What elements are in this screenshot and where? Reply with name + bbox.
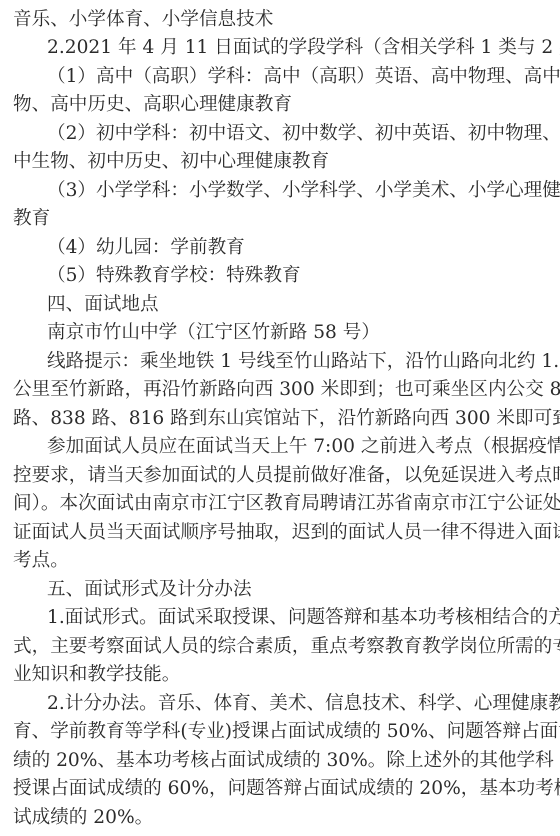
text-line: 南京市竹山中学（江宁区竹新路 58 号）: [47, 319, 538, 347]
text-line: 音乐、小学体育、小学信息技术: [13, 6, 538, 34]
section-heading: 四、面试地点: [47, 291, 538, 319]
text-line: 育、学前教育等学科(专业)授课占面试成绩的 50%、问题答辩占面试成: [13, 718, 538, 746]
text-line: （2）初中学科：初中语文、初中数学、初中英语、初中物理、初: [47, 120, 538, 148]
text-line: 1.面试形式。面试采取授课、问题答辩和基本功考核相结合的方: [47, 604, 538, 632]
section-heading: 五、面试形式及计分办法: [47, 576, 538, 604]
text-line: （3）小学学科：小学数学、小学科学、小学美术、小学心理健康: [47, 177, 538, 205]
text-line: （4）幼儿园：学前教育: [47, 234, 538, 262]
text-line: 教育: [13, 205, 538, 233]
text-line: 考点。: [13, 547, 538, 575]
text-line: 中生物、初中历史、初中心理健康教育: [13, 148, 538, 176]
text-line: （5）特殊教育学校：特殊教育: [47, 262, 538, 290]
text-line: 证面试人员当天面试顺序号抽取，迟到的面试人员一律不得进入面试: [13, 519, 538, 547]
text-line: 线路提示：乘坐地铁 1 号线至竹山路站下，沿竹山路向北约 1.9: [47, 348, 538, 376]
text-line: 公里至竹新路，再沿竹新路向西 300 米即到；也可乘坐区内公交 808: [13, 376, 538, 404]
text-line: 式，主要考察面试人员的综合素质，重点考察教育教学岗位所需的专: [13, 633, 538, 661]
text-line: 路、838 路、816 路到东山宾馆站下，沿竹新路向西 300 米即可到达。: [13, 405, 538, 433]
text-line: 业知识和教学技能。: [13, 661, 538, 689]
text-line: （1）高中（高职）学科：高中（高职）英语、高中物理、高中生: [47, 63, 538, 91]
text-line: 2.2021 年 4 月 11 日面试的学段学科（含相关学科 1 类与 2 类）…: [47, 34, 538, 62]
text-line: 绩的 20%、基本功考核占面试成绩的 30%。除上述外的其他学科（专业），: [13, 747, 538, 775]
text-line: 控要求，请当天参加面试的人员提前做好准备，以免延误进入考点时: [13, 462, 538, 490]
text-line: 授课占面试成绩的 60%，问题答辩占面试成绩的 20%，基本功考核占面: [13, 775, 538, 803]
text-line: 参加面试人员应在面试当天上午 7:00 之前进入考点（根据疫情防: [47, 433, 538, 461]
text-line: 间）。本次面试由南京市江宁区教育局聘请江苏省南京市江宁公证处公: [13, 490, 538, 518]
document-page: 音乐、小学体育、小学信息技术 2.2021 年 4 月 11 日面试的学段学科（…: [0, 0, 560, 836]
text-line: 物、高中历史、高职心理健康教育: [13, 91, 538, 119]
text-line: 试成绩的 20%。: [13, 804, 538, 832]
text-line: 2.计分办法。音乐、体育、美术、信息技术、科学、心理健康教: [47, 690, 538, 718]
